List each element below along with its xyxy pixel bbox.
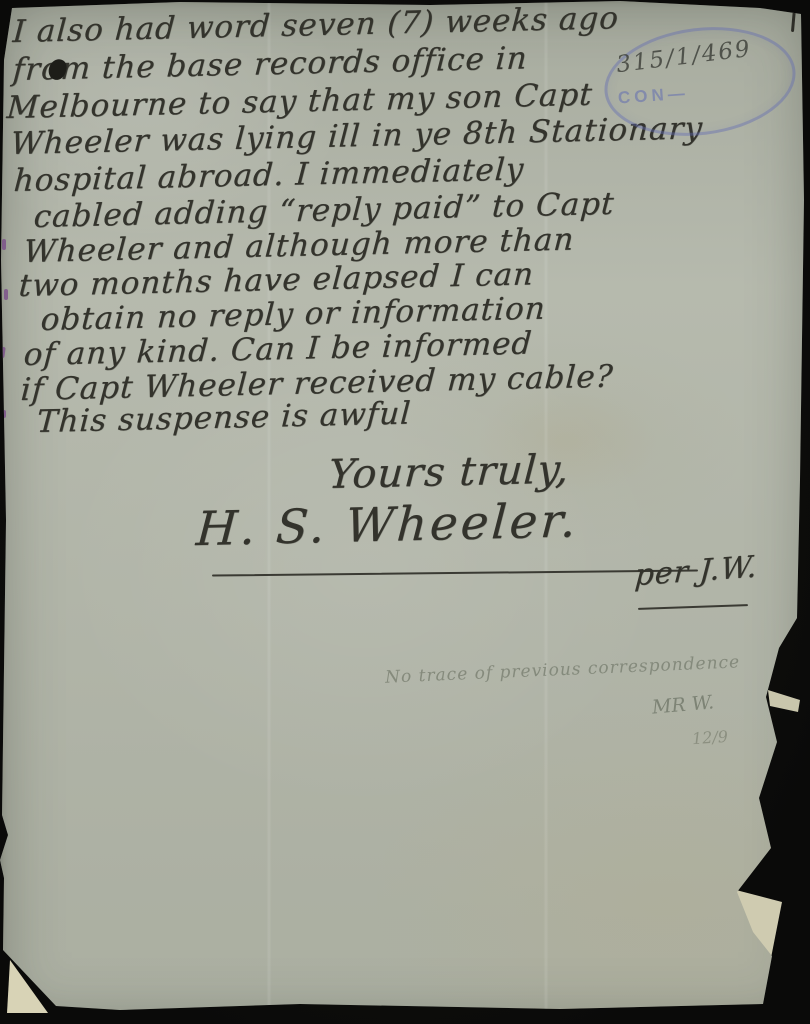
archivist-date: 12/9: [691, 727, 728, 748]
countersign-underline: [638, 604, 748, 610]
scan-background: I also had word seven (7) weeks ago from…: [0, 0, 810, 1024]
archivist-initials: MR W.: [651, 691, 715, 718]
edge-mark: [2, 239, 6, 250]
edge-mark: [0, 347, 5, 358]
signature: H. S. Wheeler.: [194, 493, 580, 557]
letter-line: I also had word seven (7) weeks ago: [12, 0, 620, 50]
letter-page: I also had word seven (7) weeks ago from…: [0, 0, 810, 1024]
closing-line: Yours truly,: [327, 447, 571, 499]
edge-mark: [2, 410, 6, 418]
edge-mark: [4, 289, 8, 300]
letter-line: This suspense is awful: [36, 396, 413, 441]
countersign: per J.W.: [634, 549, 759, 593]
signature-underline: [212, 569, 698, 576]
archivist-note: No trace of previous correspondence: [385, 652, 741, 687]
pen-mark: [791, 8, 796, 32]
